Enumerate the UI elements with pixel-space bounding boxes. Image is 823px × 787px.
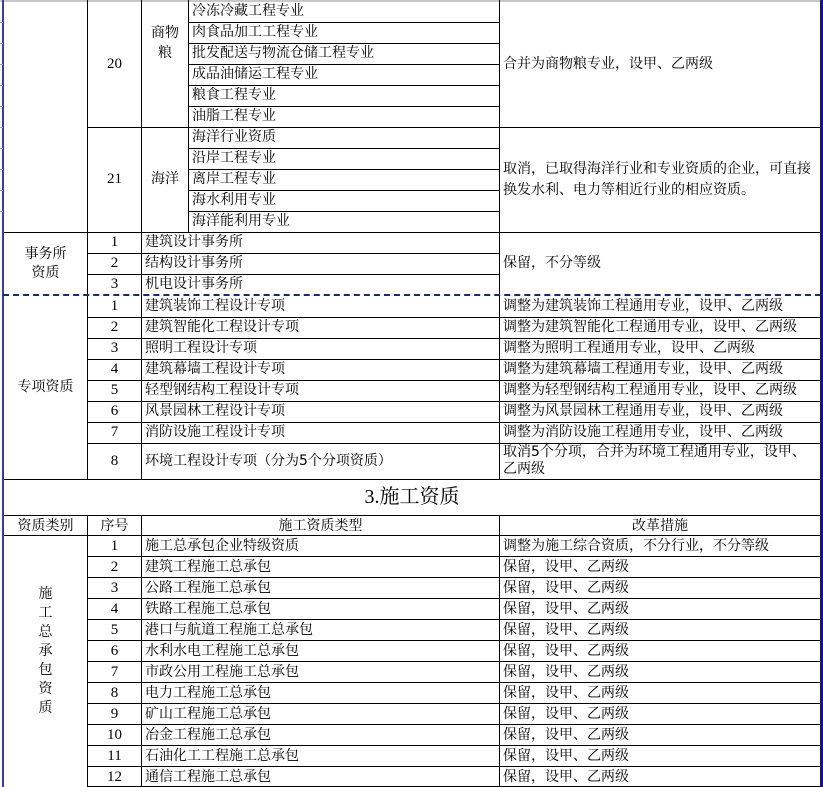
measure-cell: 保留，设甲、乙两级 (500, 767, 820, 787)
row-number: 2 (88, 557, 141, 578)
row-tick (0, 190, 3, 191)
row-number: 9 (88, 704, 141, 725)
row-number: 3 (88, 274, 141, 295)
row-number: 4 (88, 599, 141, 620)
type-cell: 建筑智能化工程设计专项 (142, 317, 499, 338)
measure-cell: 调整为风景园林工程通用专业，设甲、乙两级 (500, 401, 820, 422)
item-cell: 肉食品加工工程专业 (189, 22, 499, 43)
category-line: 资质 (32, 264, 60, 283)
row-number: 7 (88, 662, 141, 683)
measure-cell: 保留，设甲、乙两级 (500, 599, 820, 620)
category-char: 质 (39, 699, 53, 718)
type-cell: 市政公用工程施工总承包 (142, 662, 499, 683)
type-cell: 建筑幕墙工程设计专项 (142, 359, 499, 380)
row-tick (0, 43, 3, 44)
type-cell: 消防设施工程设计专项 (142, 422, 499, 443)
type-cell: 公路工程施工总承包 (142, 578, 499, 599)
grid-line (87, 253, 500, 254)
grid-line (87, 703, 820, 704)
item-cell: 成品油储运工程专业 (189, 64, 499, 85)
type-cell: 水利水电工程施工总承包 (142, 641, 499, 662)
group-number: 21 (88, 127, 141, 232)
type-cell: 机电设计事务所 (142, 274, 499, 295)
row-number: 6 (88, 401, 141, 422)
grid-line (87, 317, 820, 318)
measure-cell: 取消5个分项，合并为环境工程通用专业，设甲、乙两级 (500, 443, 820, 479)
header-category: 资质类别 (4, 516, 87, 536)
header-measure: 改革措施 (500, 516, 820, 536)
grid-line (188, 106, 500, 107)
measure-cell: 保留，设甲、乙两级 (500, 704, 820, 725)
row-number: 10 (88, 725, 141, 746)
type-cell: 环境工程设计专项（分为5个分项资质） (142, 443, 499, 479)
header-number: 序号 (88, 516, 141, 536)
grid-line (188, 85, 500, 86)
grid-line (87, 577, 820, 578)
row-number: 1 (88, 536, 141, 557)
grid-line (188, 0, 189, 232)
row-number: 4 (88, 359, 141, 380)
item-cell: 海洋能利用专业 (189, 211, 499, 232)
type-cell: 建筑设计事务所 (142, 232, 499, 253)
grid-line (87, 359, 820, 360)
measure-cell: 保留，设甲、乙两级 (500, 683, 820, 704)
category-line: 事务所 (25, 245, 67, 264)
measure-cell: 合并为商物粮专业，设甲、乙两级 (500, 1, 820, 127)
grid-line (188, 43, 500, 44)
grid-line (4, 232, 820, 233)
row-tick (0, 127, 3, 128)
grid-line (87, 443, 820, 444)
row-number: 8 (88, 683, 141, 704)
grid-line (4, 515, 820, 516)
grid-line (188, 22, 500, 23)
type-cell: 建筑工程施工总承包 (142, 557, 499, 578)
grid-line (87, 380, 820, 381)
header-type: 施工资质类型 (142, 516, 499, 536)
row-number: 8 (88, 443, 141, 479)
measure-cell: 保留，设甲、乙两级 (500, 641, 820, 662)
section-title: 3.施工资质 (4, 480, 820, 515)
category-cell: 施 工 总 承 包 资 质 (4, 536, 87, 786)
type-cell: 施工总承包企业特级资质 (142, 536, 499, 557)
grid-line (87, 682, 820, 683)
type-cell: 通信工程施工总承包 (142, 767, 499, 787)
grid-line (499, 0, 500, 479)
type-cell: 电力工程施工总承包 (142, 683, 499, 704)
type-cell: 照明工程设计专项 (142, 338, 499, 359)
category-cell: 事务所 资质 (4, 232, 87, 295)
measure-cell: 调整为照明工程通用专业，设甲、乙两级 (500, 338, 820, 359)
row-number: 3 (88, 578, 141, 599)
grid-line (87, 619, 820, 620)
grid-line (188, 148, 500, 149)
row-number: 3 (88, 338, 141, 359)
grid-line (188, 169, 500, 170)
type-cell: 冶金工程施工总承包 (142, 725, 499, 746)
grid-line (87, 274, 500, 275)
grid-line (87, 422, 820, 423)
grid-line (87, 766, 820, 767)
type-cell: 铁路工程施工总承包 (142, 599, 499, 620)
measure-cell: 调整为建筑装饰工程通用专业，设甲、乙两级 (500, 296, 820, 317)
row-tick (0, 148, 3, 149)
measure-cell: 保留，设甲、乙两级 (500, 662, 820, 683)
item-cell: 离岸工程专业 (189, 169, 499, 190)
grid-line (87, 661, 820, 662)
grid-line (87, 127, 820, 128)
item-cell: 粮食工程专业 (189, 85, 499, 106)
row-number: 1 (88, 232, 141, 253)
measure-cell: 保留，设甲、乙两级 (500, 620, 820, 641)
item-cell: 批发配送与物流仓储工程专业 (189, 43, 499, 64)
type-cell: 轻型钢结构工程设计专项 (142, 380, 499, 401)
item-cell: 沿岸工程专业 (189, 148, 499, 169)
group-name: 商物粮 (142, 22, 188, 64)
grid-line (87, 598, 820, 599)
row-number: 1 (88, 296, 141, 317)
category-char: 承 (39, 642, 53, 661)
measure-cell: 调整为轻型钢结构工程通用专业，设甲、乙两级 (500, 380, 820, 401)
row-number: 7 (88, 422, 141, 443)
row-number: 2 (88, 253, 141, 274)
grid-line (141, 0, 142, 479)
type-cell: 结构设计事务所 (142, 253, 499, 274)
measure-cell: 调整为建筑智能化工程通用专业，设甲、乙两级 (500, 317, 820, 338)
type-cell: 风景园林工程设计专项 (142, 401, 499, 422)
row-tick (0, 22, 3, 23)
grid-line (188, 211, 500, 212)
grid-line (188, 64, 500, 65)
row-number: 6 (88, 641, 141, 662)
grid-line (87, 401, 820, 402)
row-tick (0, 169, 3, 170)
type-cell: 港口与航道工程施工总承包 (142, 620, 499, 641)
group-name: 海洋 (142, 127, 188, 232)
category-char: 资 (39, 680, 53, 699)
grid-line (188, 190, 500, 191)
row-number: 2 (88, 317, 141, 338)
measure-cell: 调整为建筑幕墙工程通用专业，设甲、乙两级 (500, 359, 820, 380)
measure-cell: 保留，设甲、乙两级 (500, 557, 820, 578)
category-char: 包 (39, 661, 53, 680)
item-cell: 海水利用专业 (189, 190, 499, 211)
row-tick (0, 106, 3, 107)
category-char: 总 (39, 623, 53, 642)
measure-cell: 调整为消防设施工程通用专业，设甲、乙两级 (500, 422, 820, 443)
category-char: 施 (39, 585, 53, 604)
row-number: 5 (88, 620, 141, 641)
grid-line (87, 556, 820, 557)
group-number: 20 (88, 1, 141, 127)
type-cell: 建筑装饰工程设计专项 (142, 296, 499, 317)
grid-line (87, 0, 88, 479)
row-tick (0, 85, 3, 86)
row-number: 5 (88, 380, 141, 401)
measure-cell: 保留，不分等级 (500, 232, 820, 295)
category-cell: 专项资质 (4, 296, 87, 479)
row-tick (0, 211, 3, 212)
grid-line (87, 724, 820, 725)
measure-cell: 调整为施工综合资质，不分行业，不分等级 (500, 536, 820, 557)
item-cell: 油脂工程专业 (189, 106, 499, 127)
type-cell: 石油化工工程施工总承包 (142, 746, 499, 767)
item-cell: 冷冻冷藏工程专业 (189, 1, 499, 22)
measure-cell: 保留，设甲、乙两级 (500, 746, 820, 767)
grid-line (4, 479, 820, 480)
dashed-selection-border (3, 294, 821, 296)
item-cell: 海洋行业资质 (189, 127, 499, 148)
grid-line (4, 535, 820, 536)
grid-line (87, 640, 820, 641)
grid-line (87, 338, 820, 339)
measure-cell: 取消，已取得海洋行业和专业资质的企业，可直接换发水利、电力等相近行业的相应资质。 (500, 127, 820, 232)
row-number: 11 (88, 746, 141, 767)
row-number: 12 (88, 767, 141, 787)
measure-cell: 保留，设甲、乙两级 (500, 578, 820, 599)
row-tick (0, 64, 3, 65)
measure-cell: 保留，设甲、乙两级 (500, 725, 820, 746)
category-char: 工 (39, 604, 53, 623)
spreadsheet-sheet: 20 商物粮 冷冻冷藏工程专业 肉食品加工工程专业 批发配送与物流仓储工程专业 … (0, 0, 823, 787)
type-cell: 矿山工程施工总承包 (142, 704, 499, 725)
grid-line (87, 745, 820, 746)
